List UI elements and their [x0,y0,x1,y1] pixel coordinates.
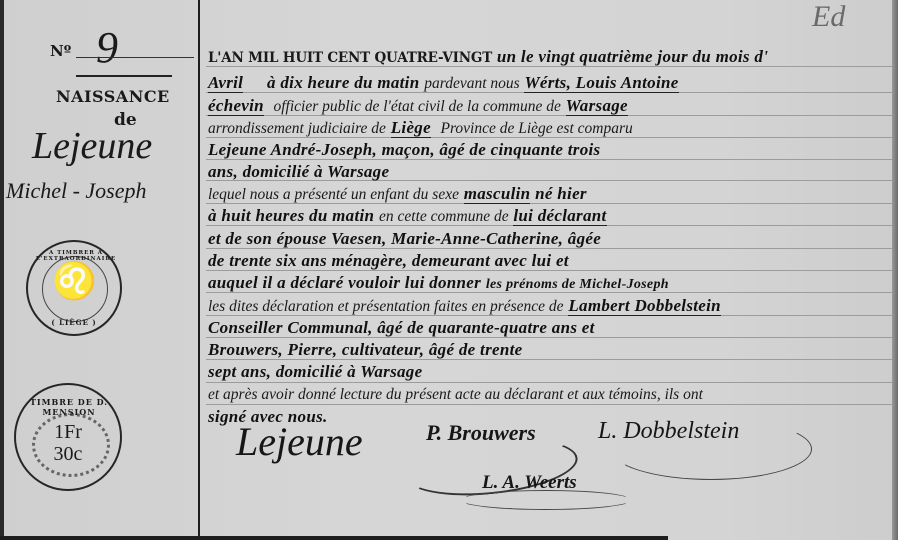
printed-text: pardevant nous [424,75,519,92]
handwritten-commune: Warsage [566,96,628,116]
ruled-line [206,382,892,383]
printed-text: les dites déclaration et présentation fa… [208,298,564,315]
handwritten-declaration: auquel il a déclaré vouloir lui donner [208,273,481,292]
handwritten-officer-title: échevin [208,96,264,116]
record-line-1: L'AN MIL HUIT CENT QUATRE-VINGT un le vi… [208,47,768,67]
record-line-9: et de son épouse Vaesen, Marie-Anne-Cath… [208,229,601,249]
record-line-5: Lejeune André-Joseph, maçon, âgé de cinq… [208,140,600,160]
ruled-line [206,404,892,405]
signature-declarant: Lejeune [236,418,363,465]
record-body: Ed L'AN MIL HUIT CENT QUATRE-VINGT un le… [200,0,892,540]
page-edge-right [892,0,898,540]
tax-stamp: TIMBRE DE D. MENSION 1Fr 30c [14,383,122,491]
record-line-13: Conseiller Communal, âgé de quarante-qua… [208,318,595,338]
register-page: Nº 9 NAISSANCE de Lejeune Michel - Josep… [0,0,898,540]
child-surname: Lejeune [32,124,152,168]
record-number-label: Nº [50,42,71,60]
handwritten-father-residence: ans, domicilié à Warsage [208,162,389,181]
seal-city-text: ( LIÈGE ) [28,318,120,327]
record-line-4: arrondissement judiciaire de Liège Provi… [208,118,633,138]
liege-seal-stamp: A TIMBRER A L'EXTRAORDINAIRE ♌ ( LIÈGE ) [26,240,122,336]
handwritten-witness1-details: Conseiller Communal, âgé de quarante-qua… [208,318,595,337]
printed-text: L'AN MIL HUIT CENT QUATRE-VINGT [208,50,492,66]
printed-text: lequel nous a présenté un enfant du sexe [208,186,459,203]
number-rule [76,57,194,58]
handwritten-given-names: les prénoms de Michel-Joseph [486,277,669,292]
record-line-2: Avril à dix heure du matin pardevant nou… [208,73,679,93]
signature-witness1: P. Brouwers [426,420,536,446]
tax-stamp-ring-text: TIMBRE DE D. MENSION [22,397,116,417]
record-line-3: échevin officier public de l'état civil … [208,96,628,116]
handwritten-witness1: Lambert Dobbelstein [568,296,721,316]
printed-text: arrondissement judiciaire de [208,120,386,137]
handwritten-witness2-residence: sept ans, domicilié à Warsage [208,362,422,381]
handwritten-birth-day: né hier [535,184,587,203]
printed-text: Province de Liège est comparu [440,120,632,137]
handwritten-place: lui déclarant [513,206,606,226]
handwritten-sex: masculin [464,184,531,204]
handwritten-father: Lejeune André-Joseph, maçon, âgé de cinq… [208,140,600,159]
handwritten-birth-hour: à huit heures du matin [208,206,374,225]
record-line-11: auquel il a déclaré vouloir lui donner l… [208,273,669,293]
record-line-15: sept ans, domicilié à Warsage [208,362,422,382]
record-line-14: Brouwers, Pierre, cultivateur, âgé de tr… [208,340,522,360]
record-line-10: de trente six ans ménagère, demeurant av… [208,251,569,271]
tax-stamp-centimes: 30c [16,443,120,466]
record-number: 9 [96,22,118,73]
margin-annotation: Ed [812,0,845,34]
signature-witness2: L. Dobbelstein [598,418,739,445]
printed-text: officier public de l'état civil de la co… [273,98,560,115]
printed-text: en cette commune de [379,208,509,225]
handwritten-mother: et de son épouse Vaesen, Marie-Anne-Cath… [208,229,601,248]
record-line-16: et après avoir donné lecture du présent … [208,385,703,404]
handwritten-text: un le vingt quatrième jour du mois d' [497,47,768,66]
handwritten-hour: à dix heure du matin [267,73,419,92]
record-line-8: à huit heures du matin en cette commune … [208,206,607,226]
handwritten-month: Avril [208,73,243,93]
handwritten-mother-details: de trente six ans ménagère, demeurant av… [208,251,569,270]
handwritten-witness2: Brouwers, Pierre, cultivateur, âgé de tr… [208,340,522,359]
signature-officer: L. A. Weerts [482,472,577,494]
number-underline [76,75,172,77]
record-line-6: ans, domicilié à Warsage [208,162,389,182]
handwritten-arrondissement: Liège [391,118,431,138]
lion-emblem-icon: ♌ [52,262,97,302]
record-line-7: lequel nous a présenté un enfant du sexe… [208,184,587,204]
handwritten-officer-name: Wérts, Louis Antoine [524,73,678,93]
printed-text: et après avoir donné lecture du présent … [208,386,703,403]
margin-column: Nº 9 NAISSANCE de Lejeune Michel - Josep… [4,0,198,540]
record-line-12: les dites déclaration et présentation fa… [208,296,721,316]
tax-stamp-francs: 1Fr [16,421,120,444]
record-type-title: NAISSANCE [56,87,170,106]
child-given-names: Michel - Joseph [6,178,147,204]
